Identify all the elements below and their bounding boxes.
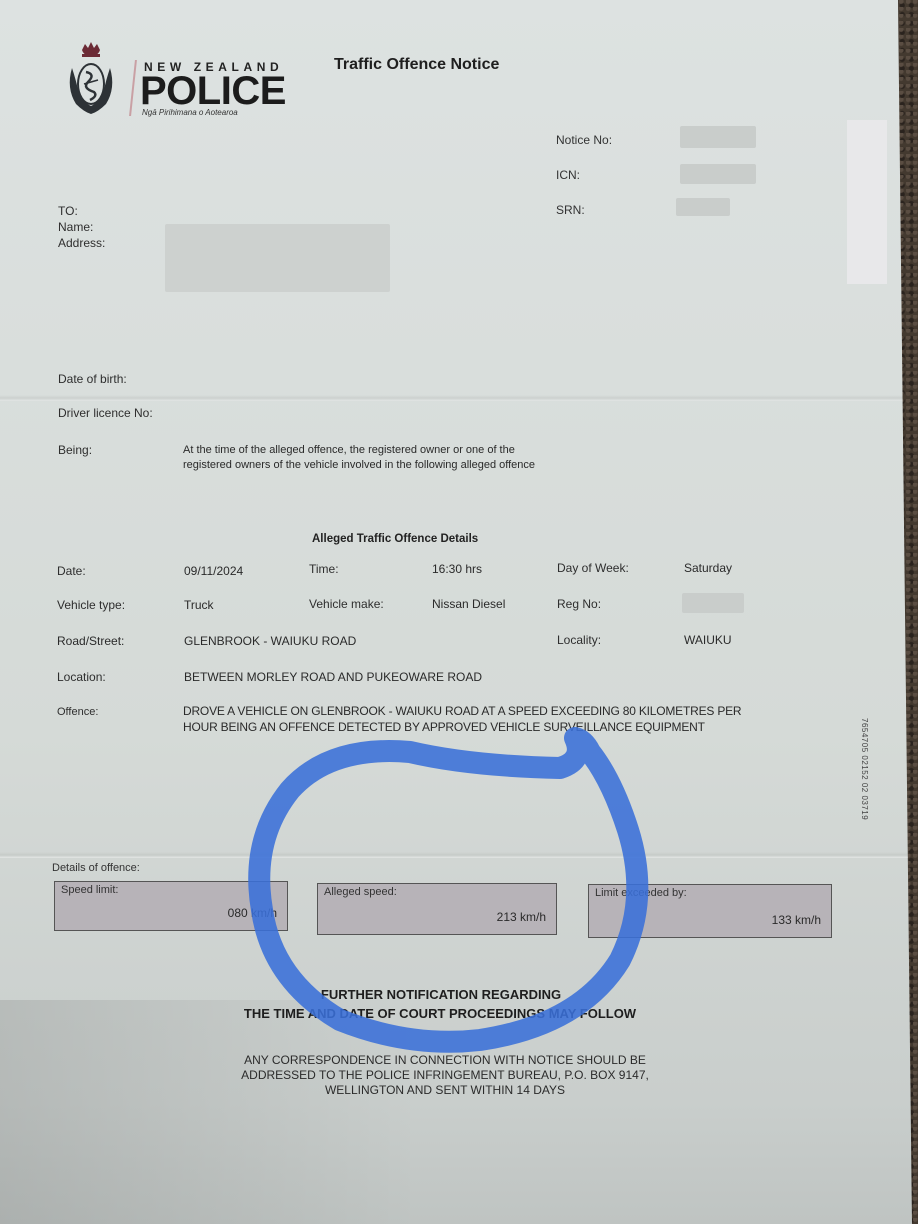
vehicle-make-value: Nissan Diesel bbox=[432, 597, 505, 611]
time-value: 16:30 hrs bbox=[432, 562, 482, 576]
speed-limit-label: Speed limit: bbox=[61, 884, 118, 896]
details-of-offence-label: Details of offence: bbox=[52, 862, 140, 874]
date-label: Date: bbox=[57, 564, 86, 578]
alleged-speed-label: Alleged speed: bbox=[324, 886, 397, 898]
shadow bbox=[0, 1000, 420, 1224]
name-label: Name: bbox=[58, 220, 93, 234]
redaction-strip bbox=[847, 120, 887, 284]
limit-exceeded-box: Limit exceeded by: 133 km/h bbox=[588, 884, 832, 938]
further-line-1: FURTHER NOTIFICATION REGARDING bbox=[0, 985, 880, 1004]
reg-label: Reg No: bbox=[557, 597, 601, 611]
traffic-offence-notice-document: NEW ZEALAND POLICE Ngā Pirihimana o Aote… bbox=[0, 0, 912, 1224]
to-label: TO: bbox=[58, 204, 78, 218]
corresp-line-1: ANY CORRESPONDENCE IN CONNECTION WITH NO… bbox=[0, 1053, 890, 1068]
licence-label: Driver licence No: bbox=[58, 406, 153, 420]
nz-police-logo: NEW ZEALAND POLICE Ngā Pirihimana o Aote… bbox=[62, 40, 292, 120]
locality-label: Locality: bbox=[557, 633, 601, 647]
offence-label: Offence: bbox=[57, 706, 98, 718]
icn-redacted bbox=[680, 164, 756, 184]
paper-fold bbox=[0, 852, 912, 858]
being-text: At the time of the alleged offence, the … bbox=[183, 443, 553, 473]
corresp-line-3: WELLINGTON AND SENT WITHIN 14 DAYS bbox=[0, 1083, 890, 1098]
being-label: Being: bbox=[58, 443, 92, 457]
court-proceedings-notice: FURTHER NOTIFICATION REGARDING THE TIME … bbox=[0, 985, 880, 1023]
alleged-speed-value: 213 km/h bbox=[497, 910, 546, 924]
day-value: Saturday bbox=[684, 561, 732, 575]
name-address-redacted bbox=[165, 224, 390, 292]
notice-no-redacted bbox=[680, 126, 756, 148]
speed-limit-value: 080 km/h bbox=[228, 906, 277, 920]
vehicle-make-label: Vehicle make: bbox=[309, 597, 384, 611]
dob-label: Date of birth: bbox=[58, 372, 127, 386]
speed-limit-box: Speed limit: 080 km/h bbox=[54, 881, 288, 931]
srn-label: SRN: bbox=[556, 203, 585, 217]
correspondence-notice: ANY CORRESPONDENCE IN CONNECTION WITH NO… bbox=[0, 1053, 890, 1098]
limit-exceeded-value: 133 km/h bbox=[772, 913, 821, 927]
locality-value: WAIUKU bbox=[684, 633, 732, 647]
location-label: Location: bbox=[57, 670, 106, 684]
logo-police-wordmark: POLICE bbox=[140, 69, 286, 113]
offence-description: DROVE A VEHICLE ON GLENBROOK - WAIUKU RO… bbox=[183, 703, 763, 735]
paper-fold bbox=[0, 395, 912, 401]
side-code: 7654705 02152 02 03719 bbox=[860, 718, 869, 820]
vehicle-type-label: Vehicle type: bbox=[57, 598, 125, 612]
further-line-2: THE TIME AND DATE OF COURT PROCEEDINGS M… bbox=[0, 1004, 880, 1023]
icn-label: ICN: bbox=[556, 168, 580, 182]
location-value: BETWEEN MORLEY ROAD AND PUKEOWARE ROAD bbox=[184, 670, 482, 684]
date-value: 09/11/2024 bbox=[184, 564, 243, 578]
reg-redacted bbox=[682, 593, 744, 613]
address-label: Address: bbox=[58, 236, 105, 250]
document-title: Traffic Offence Notice bbox=[334, 56, 499, 74]
police-crest-icon bbox=[62, 40, 120, 116]
road-value: GLENBROOK - WAIUKU ROAD bbox=[184, 634, 356, 648]
day-label: Day of Week: bbox=[557, 561, 629, 575]
road-label: Road/Street: bbox=[57, 634, 124, 648]
vehicle-type-value: Truck bbox=[184, 598, 214, 612]
time-label: Time: bbox=[309, 562, 339, 576]
notice-no-label: Notice No: bbox=[556, 133, 612, 147]
section-title: Alleged Traffic Offence Details bbox=[312, 533, 478, 545]
logo-divider bbox=[129, 60, 137, 116]
srn-redacted bbox=[676, 198, 730, 216]
logo-maori-tagline: Ngā Pirihimana o Aotearoa bbox=[142, 108, 238, 117]
alleged-speed-box: Alleged speed: 213 km/h bbox=[317, 883, 557, 935]
limit-exceeded-label: Limit exceeded by: bbox=[595, 887, 687, 899]
corresp-line-2: ADDRESSED TO THE POLICE INFRINGEMENT BUR… bbox=[0, 1068, 890, 1083]
